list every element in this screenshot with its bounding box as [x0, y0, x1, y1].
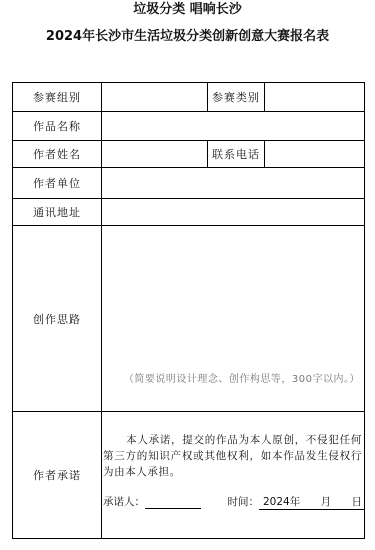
- label-idea: 创作思路: [13, 226, 102, 412]
- date-field[interactable]: 2024年 月 日: [259, 494, 364, 510]
- time-label: 时间：: [228, 494, 260, 509]
- field-category[interactable]: [265, 83, 365, 112]
- row-author-phone: 作者姓名 联系电话: [13, 141, 365, 168]
- signature-line: 承诺人： 时间： 2024年 月 日: [103, 494, 364, 510]
- row-group-category: 参赛组别 参赛类别: [13, 83, 365, 112]
- slogan-heading: 垃圾分类 唱响长沙: [0, 0, 375, 20]
- field-phone[interactable]: [265, 141, 365, 168]
- field-author-unit[interactable]: [102, 168, 365, 199]
- idea-hint: （简要说明设计理念、创作构思等，300字以内。）: [124, 370, 360, 385]
- field-idea[interactable]: （简要说明设计理念、创作构思等，300字以内。）: [102, 226, 365, 412]
- row-author-unit: 作者单位: [13, 168, 365, 199]
- row-work-name: 作品名称: [13, 112, 365, 141]
- label-category: 参赛类别: [208, 83, 265, 112]
- field-author-name[interactable]: [102, 141, 208, 168]
- registration-form-table: 参赛组别 参赛类别 作品名称 作者姓名 联系电话 作者单位 通讯地址 创作思路 …: [12, 82, 365, 539]
- label-pledge: 作者承诺: [13, 412, 102, 539]
- row-address: 通讯地址: [13, 199, 365, 226]
- label-phone: 联系电话: [208, 141, 265, 168]
- field-address[interactable]: [102, 199, 365, 226]
- date-year: 2024年: [259, 494, 300, 509]
- label-address: 通讯地址: [13, 199, 102, 226]
- pledge-text: 本人承诺，提交的作品为本人原创，不侵犯任何第三方的知识产权或其他权利，如本作品发…: [103, 432, 364, 480]
- label-group: 参赛组别: [13, 83, 102, 112]
- date-month: 月: [321, 494, 332, 509]
- date-day: 日: [351, 494, 362, 509]
- signer-field[interactable]: [145, 496, 201, 509]
- pledge-cell: 本人承诺，提交的作品为本人原创，不侵犯任何第三方的知识产权或其他权利，如本作品发…: [102, 412, 365, 539]
- row-pledge: 作者承诺 本人承诺，提交的作品为本人原创，不侵犯任何第三方的知识产权或其他权利，…: [13, 412, 365, 539]
- label-author-name: 作者姓名: [13, 141, 102, 168]
- form-title: 2024年长沙市生活垃圾分类创新创意大赛报名表: [0, 27, 375, 47]
- label-author-unit: 作者单位: [13, 168, 102, 199]
- row-idea: 创作思路 （简要说明设计理念、创作构思等，300字以内。）: [13, 226, 365, 412]
- label-work-name: 作品名称: [13, 112, 102, 141]
- signer-label: 承诺人：: [103, 494, 145, 509]
- field-group[interactable]: [102, 83, 208, 112]
- field-work-name[interactable]: [102, 112, 365, 141]
